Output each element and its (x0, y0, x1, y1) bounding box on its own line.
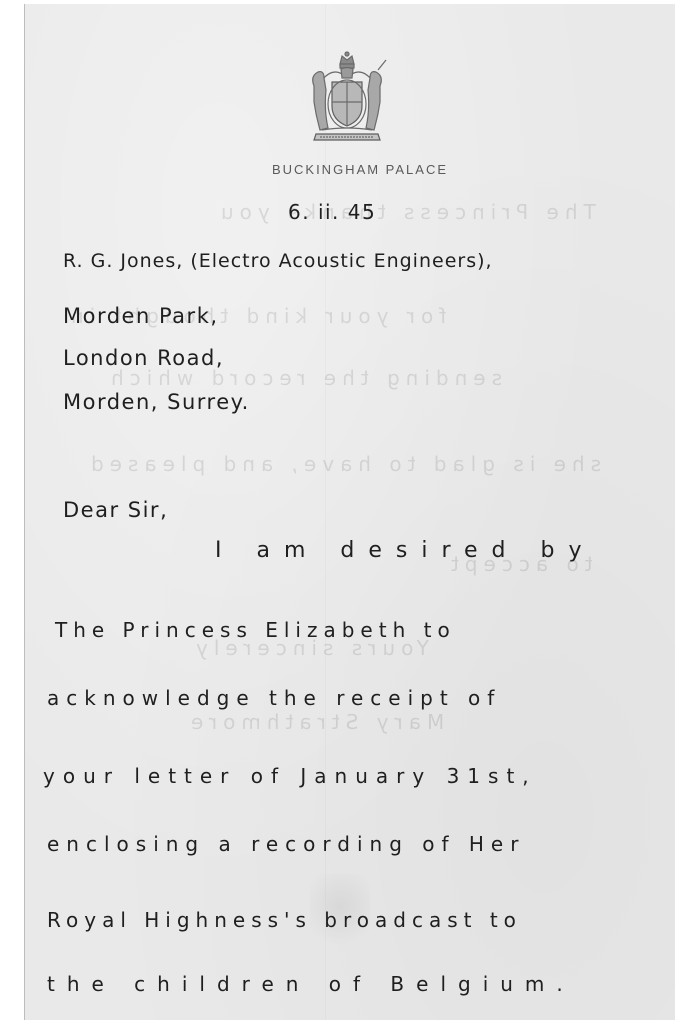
letterhead-title: BUCKINGHAM PALACE (25, 162, 675, 177)
recipient-line: Morden, Surrey. (63, 390, 250, 414)
bleed-through-line: she is glad to have, and pleased (85, 452, 601, 476)
recipient-line: Morden Park, (63, 304, 219, 328)
body-line: I am desired by (215, 538, 596, 563)
body-line: enclosing a recording of Her (47, 832, 525, 856)
body-line: The Princess Elizabeth to (55, 618, 456, 642)
bleed-through-line: Mary Strathmore (185, 710, 444, 734)
bleed-through-line: The Princess thanks you (215, 200, 596, 224)
recipient-line: London Road, (63, 346, 224, 370)
letter-page: The Princess thanks you for your kind th… (25, 4, 675, 1020)
body-line: acknowledge the receipt of (47, 686, 501, 710)
recipient-line: R. G. Jones, (Electro Acoustic Engineers… (63, 250, 493, 272)
letter-date: 6. ii. 45 (288, 200, 376, 224)
paper-fold (325, 4, 326, 1020)
salutation: Dear Sir, (63, 498, 168, 522)
body-line: the children of Belgium. (47, 972, 575, 996)
body-line: your letter of January 31st, (43, 764, 537, 788)
royal-crest-icon (302, 50, 392, 146)
body-line: Royal Highness's broadcast to (47, 908, 522, 932)
